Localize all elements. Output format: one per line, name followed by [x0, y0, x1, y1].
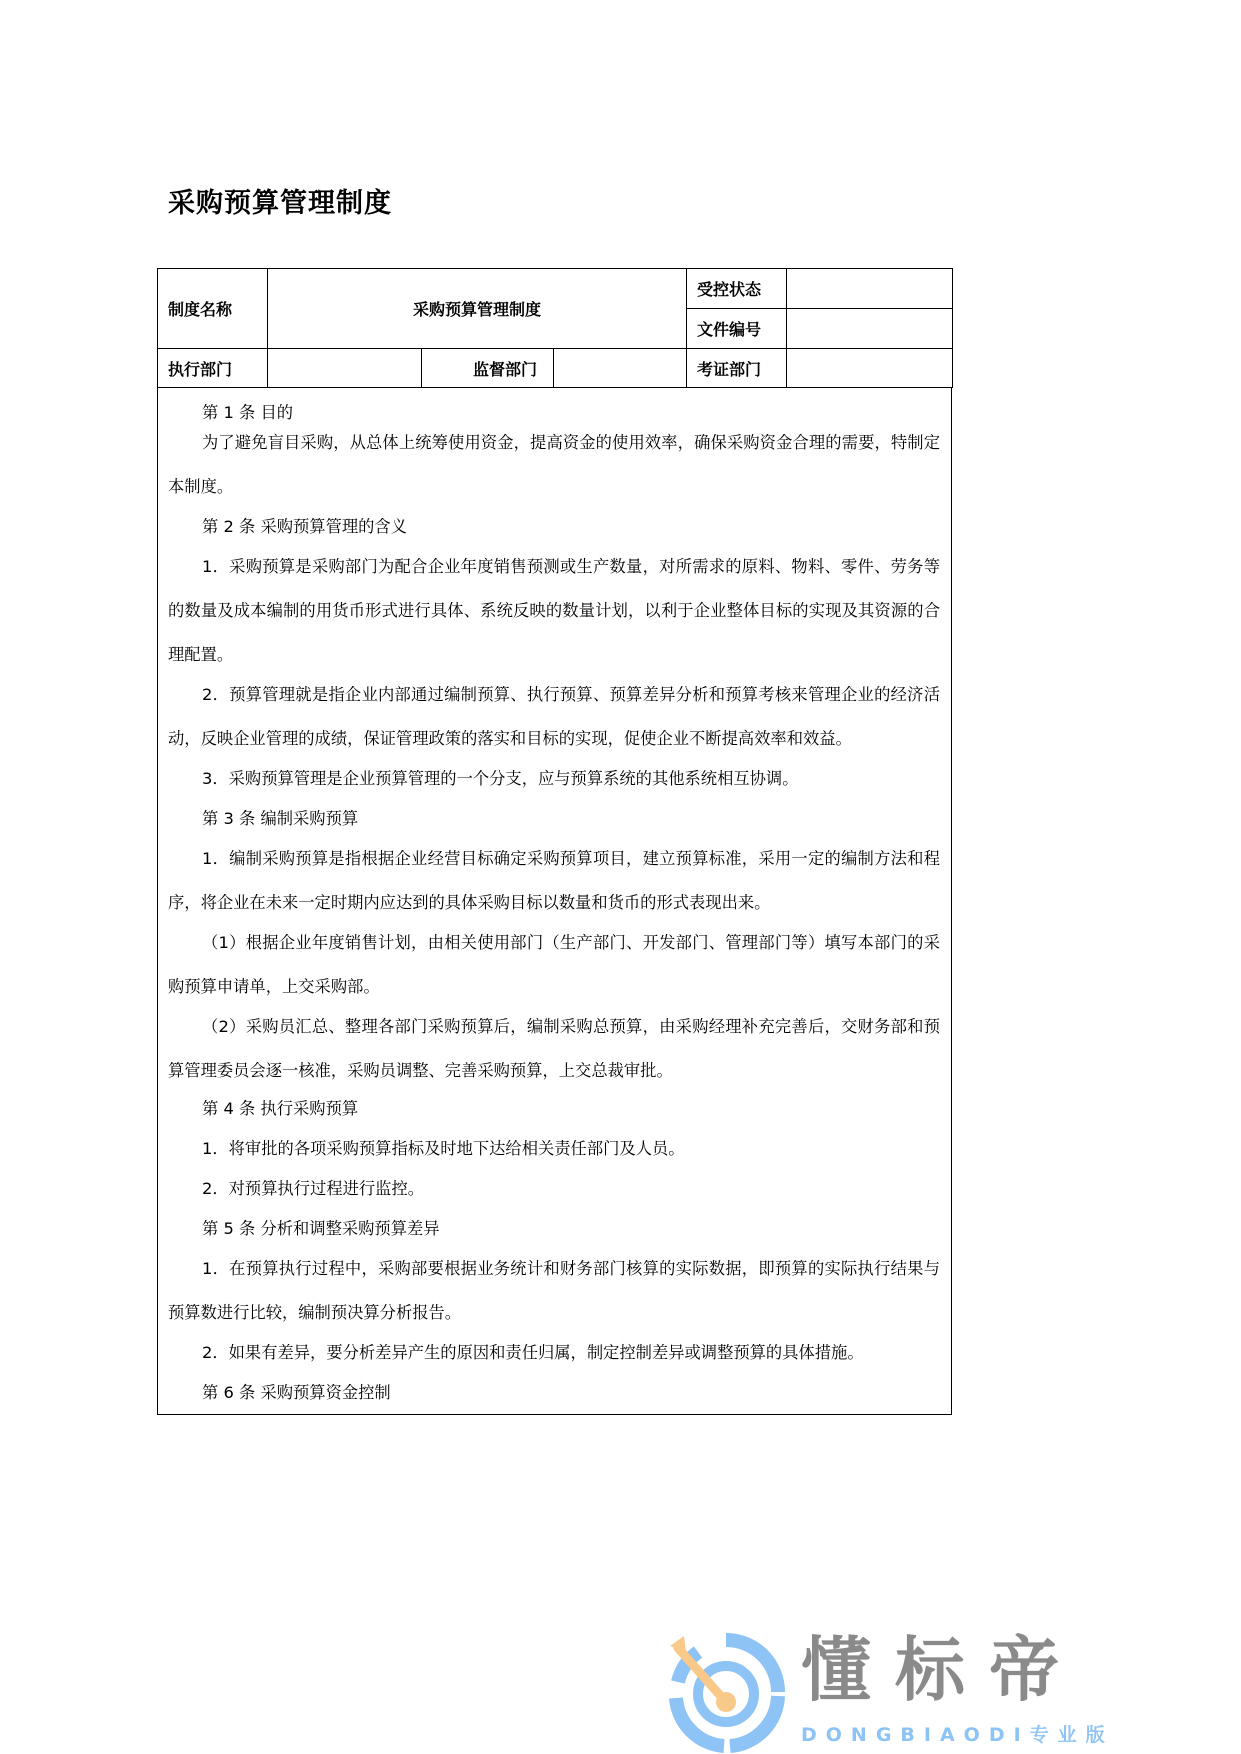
- name-value: 采购预算管理制度: [268, 269, 687, 349]
- brand-name: 懂标帝: [801, 1635, 1083, 1705]
- article-3-sub-2: （2）采购员汇总、整理各部门采购预算后，编制采购总预算，由采购经理补充完善后，交…: [168, 1005, 940, 1093]
- article-4-item-2: 2．对预算执行过程进行监控。: [168, 1167, 940, 1211]
- article-4-item-1: 1．将审批的各项采购预算指标及时地下达给相关责任部门及人员。: [168, 1127, 940, 1171]
- control-status-label: 受控状态: [687, 269, 787, 309]
- file-number-value: [787, 309, 953, 349]
- regulation-body: 第 1 条 目的 为了避免盲目采购，从总体上统筹使用资金，提高资金的使用效率，确…: [157, 387, 952, 1415]
- article-3-sub-1: （1）根据企业年度销售计划，由相关使用部门（生产部门、开发部门、管理部门等）填写…: [168, 921, 940, 1009]
- article-1-text: 为了避免盲目采购，从总体上统筹使用资金，提高资金的使用效率，确保采购资金合理的需…: [168, 421, 940, 509]
- article-3-heading: 第 3 条 编制采购预算: [168, 797, 940, 841]
- article-5-item-1: 1．在预算执行过程中，采购部要根据业务统计和财务部门核算的实际数据，即预算的实际…: [168, 1247, 940, 1335]
- name-label: 制度名称: [158, 269, 268, 349]
- control-status-value: [787, 269, 953, 309]
- article-5-heading: 第 5 条 分析和调整采购预算差异: [168, 1207, 940, 1251]
- supervise-dept-value: [554, 349, 687, 388]
- file-number-label: 文件编号: [687, 309, 787, 349]
- article-3-item-1: 1．编制采购预算是指根据企业经营目标确定采购预算项目，建立预算标准，采用一定的编…: [168, 837, 940, 925]
- document-title: 采购预算管理制度: [168, 181, 392, 220]
- verify-dept-value: [787, 349, 953, 388]
- article-5-item-2: 2．如果有差异，要分析差异产生的原因和责任归属，制定控制差异或调整预算的具体措施…: [168, 1331, 940, 1375]
- verify-dept-label: 考证部门: [687, 349, 787, 388]
- target-arrow-icon: [668, 1630, 788, 1754]
- exec-dept-value: [268, 349, 422, 388]
- brand-subtitle: DONGBIAODI专业版: [801, 1726, 1114, 1745]
- brand-watermark: 懂标帝 DONGBIAODI专业版: [668, 1630, 1088, 1754]
- exec-dept-label: 执行部门: [158, 349, 268, 388]
- meta-table: 制度名称 采购预算管理制度 受控状态 文件编号 执行部门 监督部门 考证部门: [157, 268, 953, 388]
- article-6-heading: 第 6 条 采购预算资金控制: [168, 1371, 940, 1415]
- article-2-heading: 第 2 条 采购预算管理的含义: [168, 505, 940, 549]
- article-2-item-1: 1．采购预算是采购部门为配合企业年度销售预测或生产数量，对所需求的原料、物料、零…: [168, 545, 940, 677]
- article-2-item-3: 3．采购预算管理是企业预算管理的一个分支，应与预算系统的其他系统相互协调。: [168, 757, 940, 801]
- supervise-dept-label: 监督部门: [422, 349, 554, 388]
- article-2-item-2: 2．预算管理就是指企业内部通过编制预算、执行预算、预算差异分析和预算考核来管理企…: [168, 673, 940, 761]
- article-4-heading: 第 4 条 执行采购预算: [168, 1087, 940, 1131]
